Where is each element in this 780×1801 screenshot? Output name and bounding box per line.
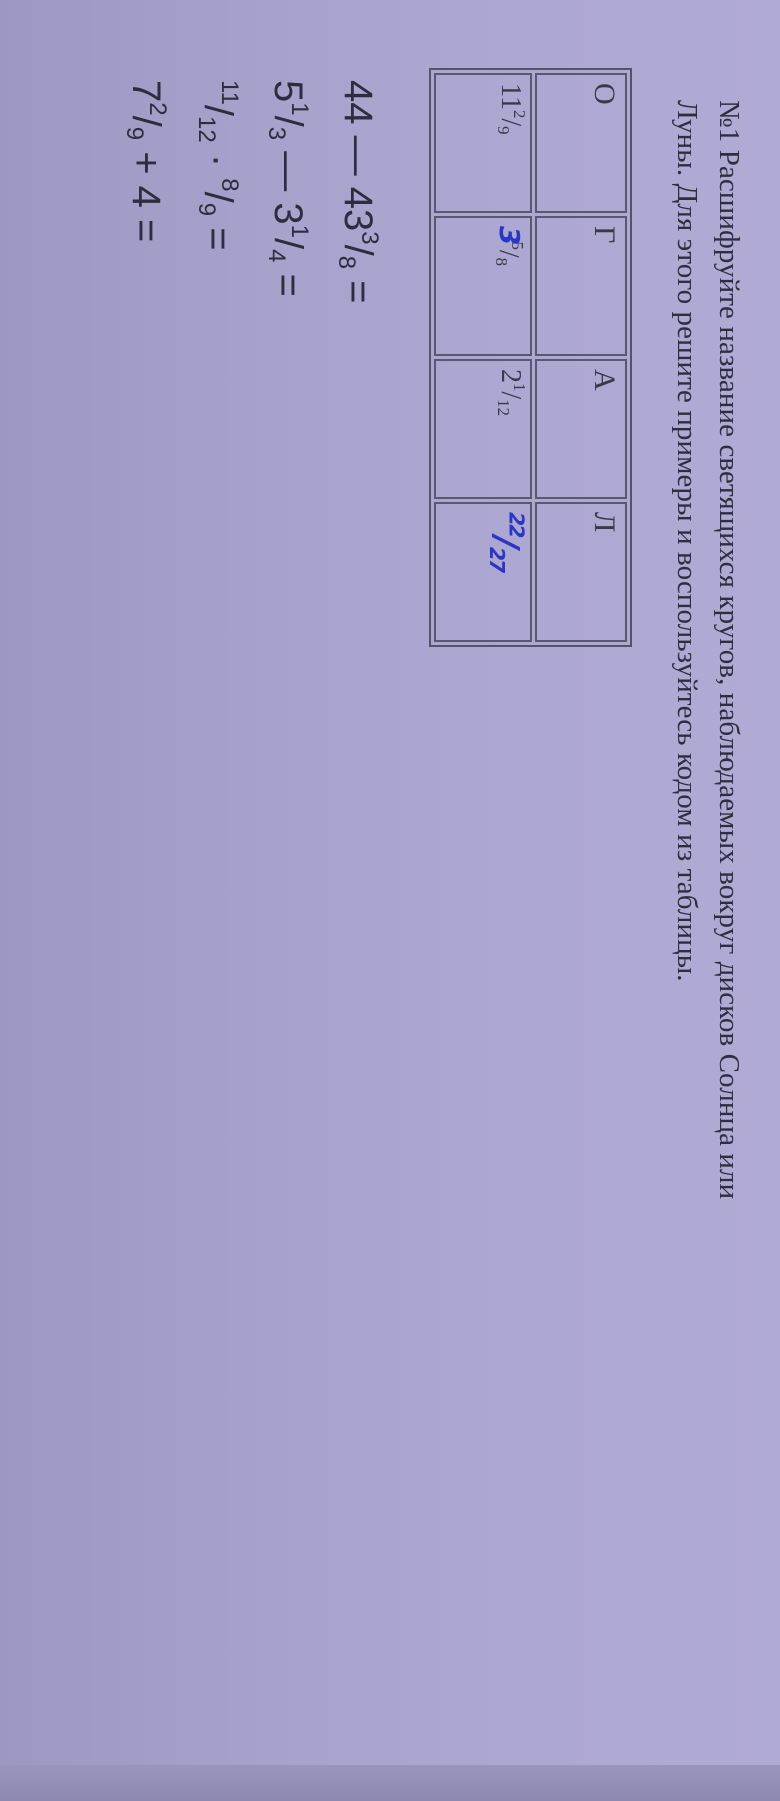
code-table: О Г А Л 112/9 35/8 21/12 22/27: [429, 68, 632, 647]
letter-cell-a: А: [535, 359, 627, 499]
title-line-1: №1 Расшифруйте название светящихся круго…: [708, 100, 750, 1540]
value-cell-2: 35/8: [434, 216, 532, 356]
equation-1: 44 — 433/8 =: [335, 80, 380, 304]
title-line-2: Луны. Для этого решите примеры и восполь…: [666, 100, 708, 1540]
letter-cell-l: Л: [535, 502, 627, 642]
letter-cell-g: Г: [535, 216, 627, 356]
worksheet: №1 Расшифруйте название светящихся круго…: [0, 0, 780, 1801]
letter-cell-o: О: [535, 73, 627, 213]
value-cell-1: 112/9: [434, 73, 532, 213]
task-title: №1 Расшифруйте название светящихся круго…: [666, 100, 750, 1540]
value-cell-4-handwritten: 22/27: [434, 502, 532, 642]
equation-4: 72/9 + 4 =: [123, 80, 168, 242]
equation-3: 11/12 · 8/9 =: [195, 80, 240, 251]
equation-2: 51/3 — 31/4 =: [265, 80, 310, 297]
value-cell-3: 21/12: [434, 359, 532, 499]
